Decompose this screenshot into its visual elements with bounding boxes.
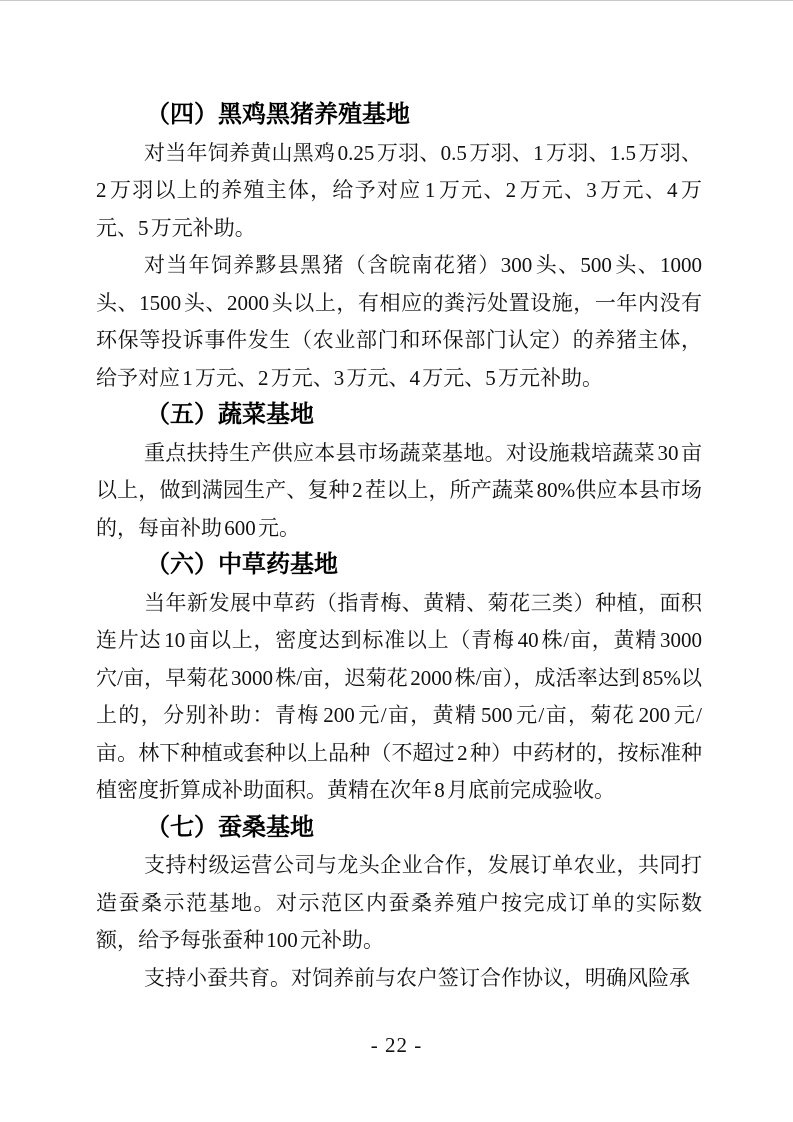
section-heading-liu-herbal-medicine-base: （六）中草药基地 bbox=[96, 547, 702, 585]
page-number: - 22 - bbox=[371, 1033, 423, 1057]
paragraph-black-chicken-subsidy: 对当年饲养黄山黑鸡 0.25 万羽、0.5 万羽、1 万羽、1.5 万羽、2 万… bbox=[96, 135, 702, 248]
section-heading-si-heiji-heizhu-base: （四）黑鸡黑猪养殖基地 bbox=[96, 97, 702, 135]
document-content: （四）黑鸡黑猪养殖基地 对当年饲养黄山黑鸡 0.25 万羽、0.5 万羽、1 万… bbox=[96, 97, 702, 997]
paragraph-sericulture-subsidy: 支持村级运营公司与龙头企业合作，发展订单农业，共同打造蚕桑示范基地。对示范区内蚕… bbox=[96, 847, 702, 960]
section-heading-wu-vegetable-base: （五）蔬菜基地 bbox=[96, 397, 702, 435]
page-footer: - 22 - bbox=[0, 1033, 793, 1058]
paragraph-silkworm-co-rearing: 支持小蚕共育。对饲养前与农户签订合作协议，明确风险承 bbox=[96, 960, 702, 998]
section-heading-qi-sericulture-base: （七）蚕桑基地 bbox=[96, 810, 702, 848]
paragraph-herbal-medicine-subsidy: 当年新发展中草药（指青梅、黄精、菊花三类）种植，面积连片达 10 亩以上，密度达… bbox=[96, 585, 702, 810]
paragraph-vegetable-subsidy: 重点扶持生产供应本县市场蔬菜基地。对设施栽培蔬菜 30 亩以上，做到满园生产、复… bbox=[96, 435, 702, 548]
document-page: （四）黑鸡黑猪养殖基地 对当年饲养黄山黑鸡 0.25 万羽、0.5 万羽、1 万… bbox=[0, 0, 793, 1122]
paragraph-black-pig-subsidy: 对当年饲养黟县黑猪（含皖南花猪）300 头、500 头、1000 头、1500 … bbox=[96, 247, 702, 397]
